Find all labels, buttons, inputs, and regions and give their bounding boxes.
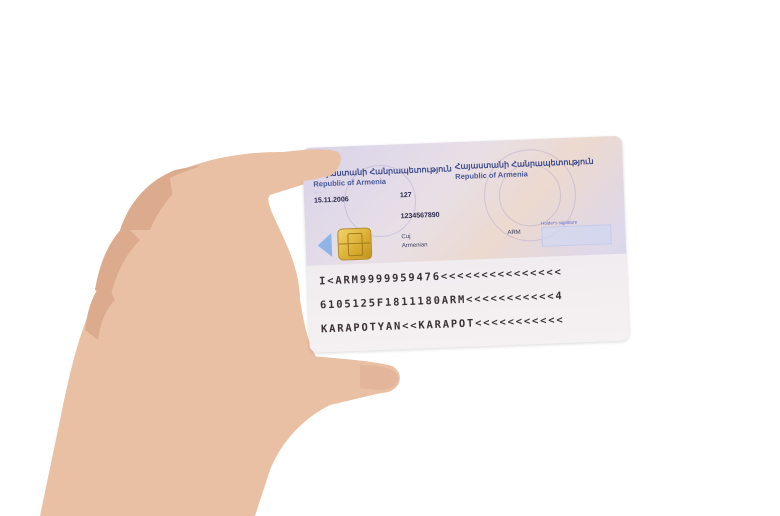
date-of-issue: 15.11.2006 bbox=[314, 196, 349, 204]
smart-chip-icon bbox=[337, 227, 372, 260]
country-code: ARM bbox=[507, 230, 521, 237]
machine-readable-zone: I<ARM9999959476<<<<<<<<<<<<<<< 6105125F1… bbox=[307, 254, 630, 353]
mrz-line-3: KARAPOTYAN<<KARAPOT<<<<<<<<<<< bbox=[321, 314, 565, 335]
document-number: 1234567890 bbox=[401, 212, 440, 220]
date-of-issue-label: ······· bbox=[314, 190, 322, 194]
nationality: Armenian bbox=[402, 242, 428, 249]
signature-box bbox=[541, 224, 612, 247]
mrz-line-1: I<ARM9999959476<<<<<<<<<<<<<<< bbox=[319, 266, 563, 287]
id-card: Հայաստանի Հանրապետություն Republic of Ar… bbox=[302, 136, 630, 353]
sex: Cuj bbox=[401, 234, 410, 240]
hologram-arrow-icon bbox=[317, 233, 332, 258]
authority-code: 127 bbox=[400, 192, 412, 199]
photo-scene: Հայաստանի Հանրապետություն Republic of Ar… bbox=[0, 0, 780, 516]
mrz-line-2: 6105125F1811180ARM<<<<<<<<<<<4 bbox=[320, 290, 564, 311]
card-upper-section: Հայաստանի Հանրապետություն Republic of Ar… bbox=[302, 136, 626, 266]
